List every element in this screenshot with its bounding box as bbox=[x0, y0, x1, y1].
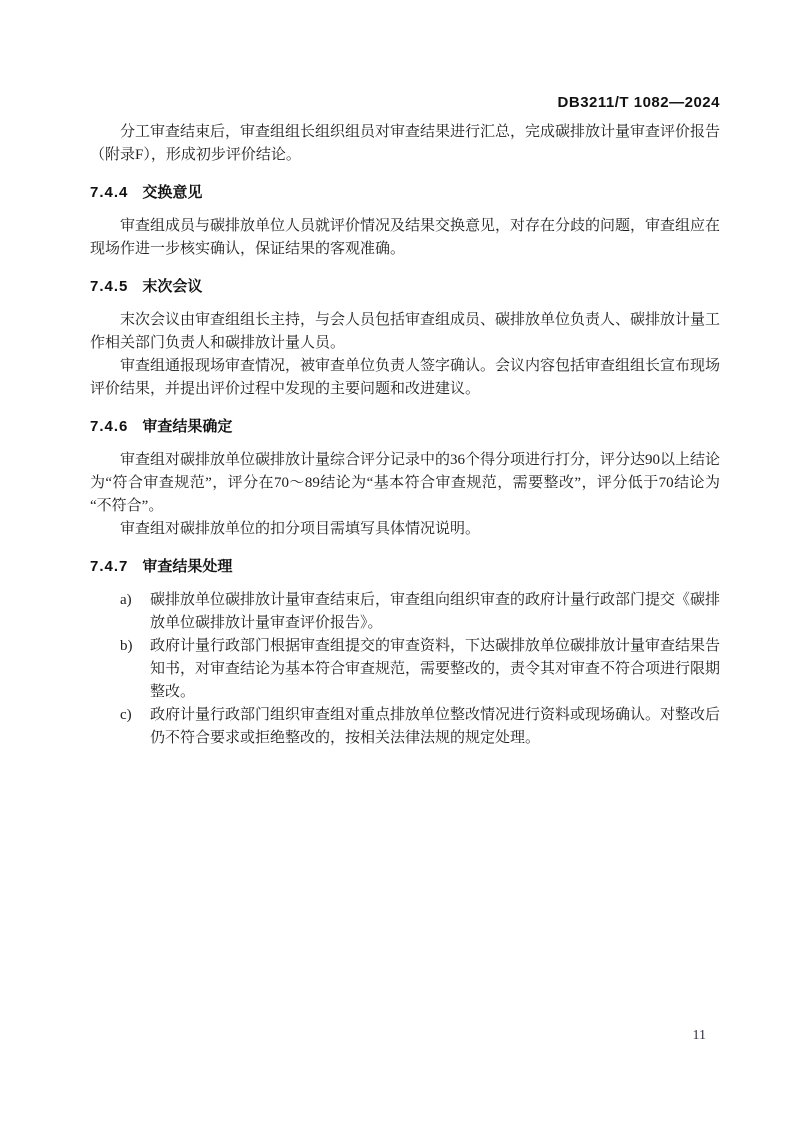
list-marker: a) bbox=[120, 589, 150, 635]
section-title: 交换意见 bbox=[142, 184, 202, 201]
section-heading-746: 7.4.6审查结果确定 bbox=[90, 417, 720, 437]
section-number: 7.4.7 bbox=[90, 558, 128, 575]
document-page: DB3211/T 1082—2024 分工审查结束后，审查组组长组织组员对审查结… bbox=[0, 0, 794, 1123]
list-marker: b) bbox=[120, 635, 150, 704]
section-title: 审查结果确定 bbox=[142, 418, 232, 435]
body-paragraph: 审查组通报现场审查情况，被审查单位负责人签字确认。会议内容包括审查组组长宣布现场… bbox=[90, 355, 720, 401]
intro-paragraph: 分工审查结束后，审查组组长组织组员对审查结果进行汇总，完成碳排放计量审查评价报告… bbox=[90, 121, 720, 167]
list-item-text: 政府计量行政部门组织审查组对重点排放单位整改情况进行资料或现场确认。对整改后仍不… bbox=[150, 704, 720, 750]
page-number: 11 bbox=[693, 1028, 706, 1044]
page-content: 分工审查结束后，审查组组长组织组员对审查结果进行汇总，完成碳排放计量审查评价报告… bbox=[90, 121, 720, 750]
list-item: c) 政府计量行政部门组织审查组对重点排放单位整改情况进行资料或现场确认。对整改… bbox=[90, 704, 720, 750]
body-paragraph: 审查组对碳排放单位碳排放计量综合评分记录中的36个得分项进行打分，评分达90以上… bbox=[90, 449, 720, 518]
list-item-text: 碳排放单位碳排放计量审查结束后，审查组向组织审查的政府计量行政部门提交《碳排放单… bbox=[150, 589, 720, 635]
section-number: 7.4.4 bbox=[90, 184, 128, 201]
section-number: 7.4.6 bbox=[90, 418, 128, 435]
list-marker: c) bbox=[120, 704, 150, 750]
list-item: a) 碳排放单位碳排放计量审查结束后，审查组向组织审查的政府计量行政部门提交《碳… bbox=[90, 589, 720, 635]
section-title: 末次会议 bbox=[142, 278, 202, 295]
body-paragraph: 审查组对碳排放单位的扣分项目需填写具体情况说明。 bbox=[90, 518, 720, 541]
body-paragraph: 审查组成员与碳排放单位人员就评价情况及结果交换意见，对存在分歧的问题，审查组应在… bbox=[90, 215, 720, 261]
section-number: 7.4.5 bbox=[90, 278, 128, 295]
standard-code-header: DB3211/T 1082—2024 bbox=[558, 94, 720, 111]
list-item: b) 政府计量行政部门根据审查组提交的审查资料，下达碳排放单位碳排放计量审查结果… bbox=[90, 635, 720, 704]
body-paragraph: 末次会议由审查组组长主持，与会人员包括审查组成员、碳排放单位负责人、碳排放计量工… bbox=[90, 309, 720, 355]
section-heading-744: 7.4.4交换意见 bbox=[90, 183, 720, 203]
ordered-list: a) 碳排放单位碳排放计量审查结束后，审查组向组织审查的政府计量行政部门提交《碳… bbox=[90, 589, 720, 750]
section-title: 审查结果处理 bbox=[142, 558, 232, 575]
list-item-text: 政府计量行政部门根据审查组提交的审查资料，下达碳排放单位碳排放计量审查结果告知书… bbox=[150, 635, 720, 704]
section-heading-745: 7.4.5末次会议 bbox=[90, 277, 720, 297]
section-heading-747: 7.4.7审查结果处理 bbox=[90, 557, 720, 577]
